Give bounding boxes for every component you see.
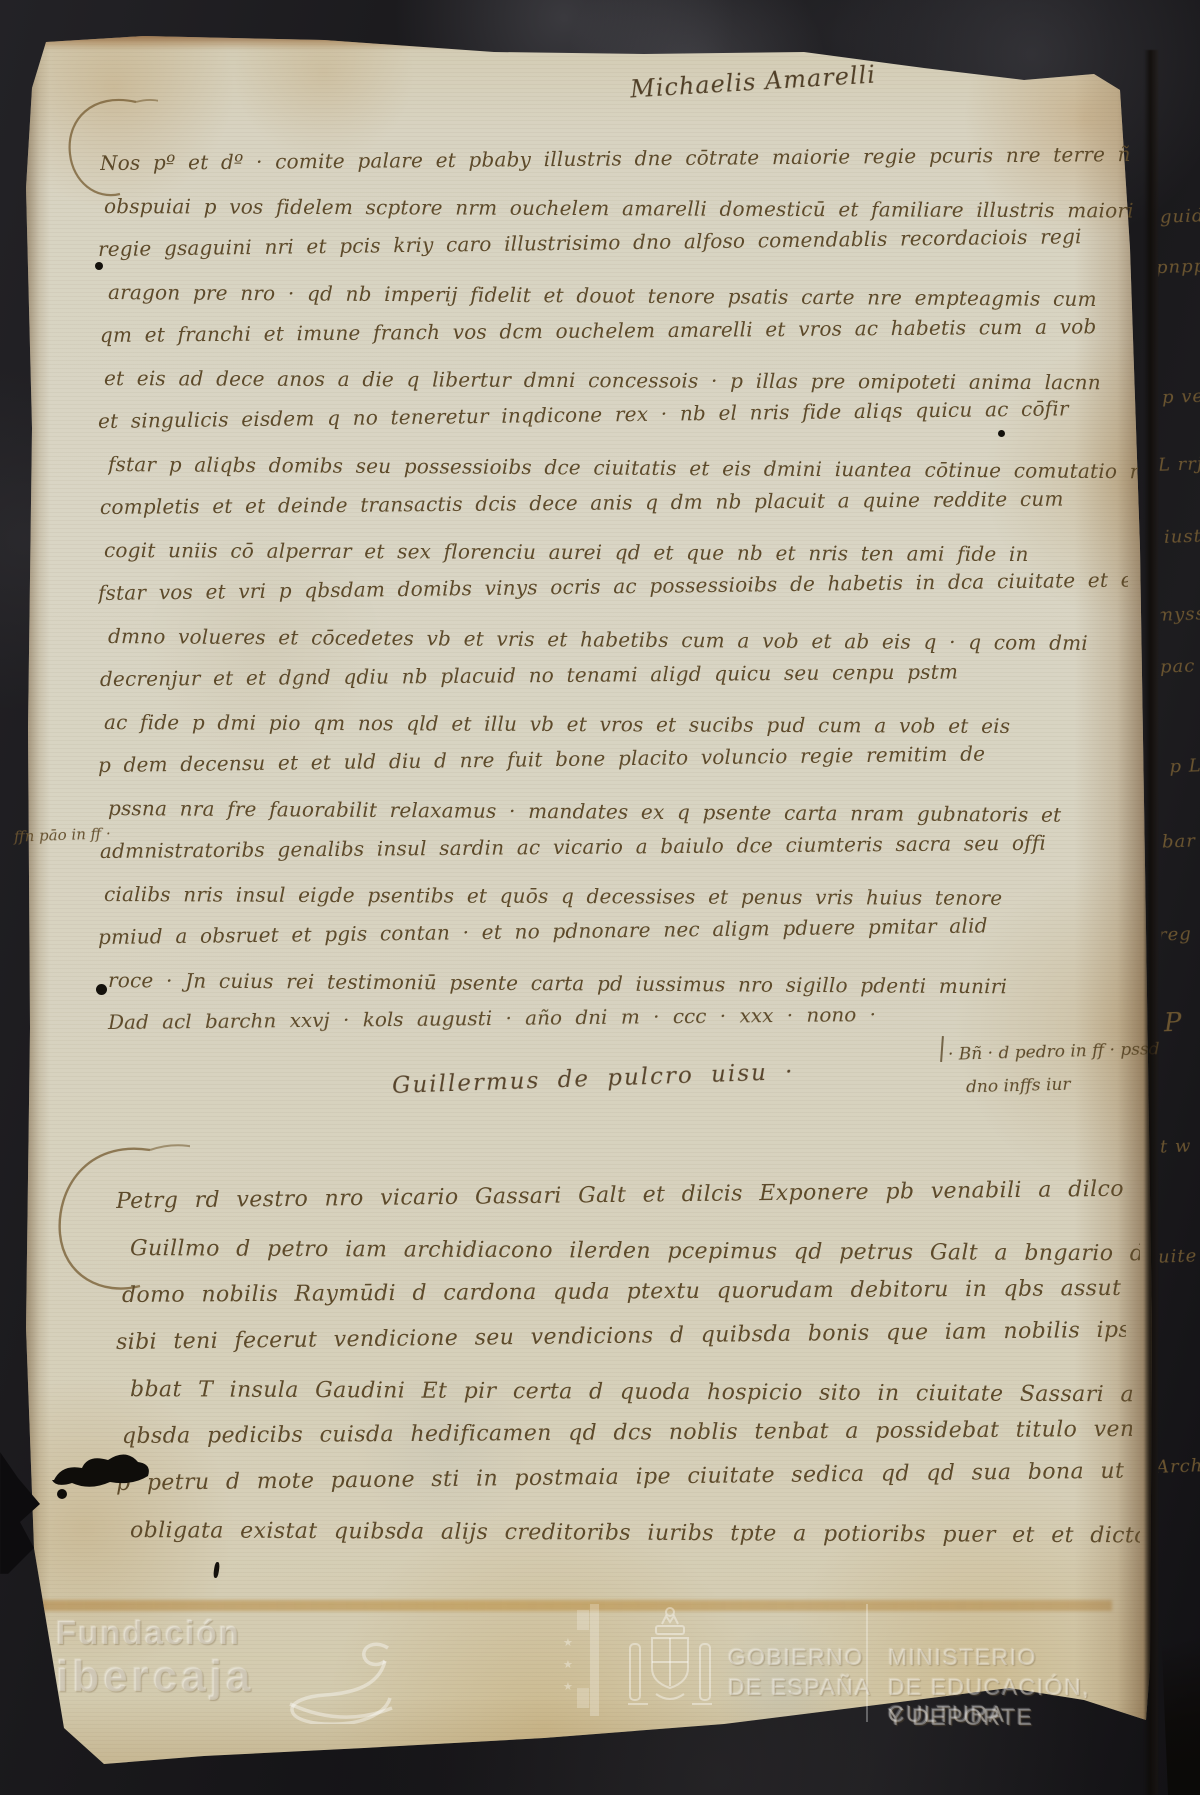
ibercaja-foundation-watermark-line1: Fundación [56,1614,241,1652]
ink-dot [998,430,1005,437]
facing-page-text-fragment: Arch [1156,1455,1200,1478]
star-icon: ★ [563,1658,573,1671]
book-gutter-shadow [1144,50,1158,1795]
left-margin-note: ffn pāo in ff · [14,824,111,845]
ministry-watermark-line1: MINISTERIO [888,1644,1037,1671]
facing-page-text-fragment: p vele [1162,385,1200,408]
manuscript-line: qm et franchi et imune franch vos dcm ou… [100,305,1130,357]
manuscript-line: completis et et deinde transactis dcis d… [100,477,1130,529]
facing-page-text-fragment: myss [1156,603,1200,626]
spain-flag-element [577,1610,589,1630]
government-watermark-line2: DE ESPAÑA [728,1674,871,1701]
ink-dot [95,262,103,270]
ink-dot [96,984,107,995]
manuscript-line: Nos pº et dº · comite palare et pbaby il… [100,133,1130,185]
manuscript-line: obligata existat quibsda alijs creditori… [130,1507,1140,1559]
manuscript-line: admnistratoribs genalibs insul sardin ac… [100,821,1130,873]
right-margin-note-line2: dno inffs iur [966,1075,1071,1098]
ink-blot [48,1452,152,1504]
manuscript-line: roce · Jn cuius rei testimoniū psente ca… [108,959,1138,1009]
facing-page-text-fragment: iuste [1164,525,1200,548]
spain-flag-bar [590,1604,599,1716]
facing-page-text-fragment: uite [1158,1245,1198,1267]
ibercaja-swan-icon [276,1640,416,1724]
spain-flag-element [577,1688,589,1708]
government-watermark-line1: GOBIERNO [728,1644,864,1671]
ibercaja-foundation-watermark-line2: ibercaja [56,1652,254,1702]
star-icon: ★ [563,1636,573,1649]
facing-page-text-fragment: pac [1160,655,1196,677]
spain-coat-of-arms-icon [622,1602,718,1724]
paragraph-block-2: Petrg rd vestro nro vicario Gassari Galt… [116,1178,1126,1554]
facing-page-text-fragment: reg [1158,923,1192,945]
facing-page-text-fragment: P [1163,1008,1183,1039]
facing-page-text-fragment: t w [1160,1135,1192,1157]
manuscript-line: decrenjur et et dgnd qdiu nb placuid no … [100,649,1130,701]
facing-page-text-fragment: · p L [1156,755,1200,778]
archive-watermark-footer: Fundación ibercaja ★ ★ ★ GOBIERNO DE ESP… [0,1596,1200,1736]
facing-page-text-fragment: bar [1162,830,1197,852]
facing-page-text-fragment: guid [1160,205,1200,228]
watermark-divider [866,1604,868,1722]
star-icon: ★ [563,1680,573,1693]
facing-page-text-fragment: L rrj [1158,453,1200,476]
facing-page-text-fragment: pnppie [1156,255,1200,278]
paragraph-block-1: Nos pº et dº · comite palare et pbaby il… [100,142,1130,1002]
ministry-watermark-line3: Y DEPORTE [888,1704,1034,1731]
